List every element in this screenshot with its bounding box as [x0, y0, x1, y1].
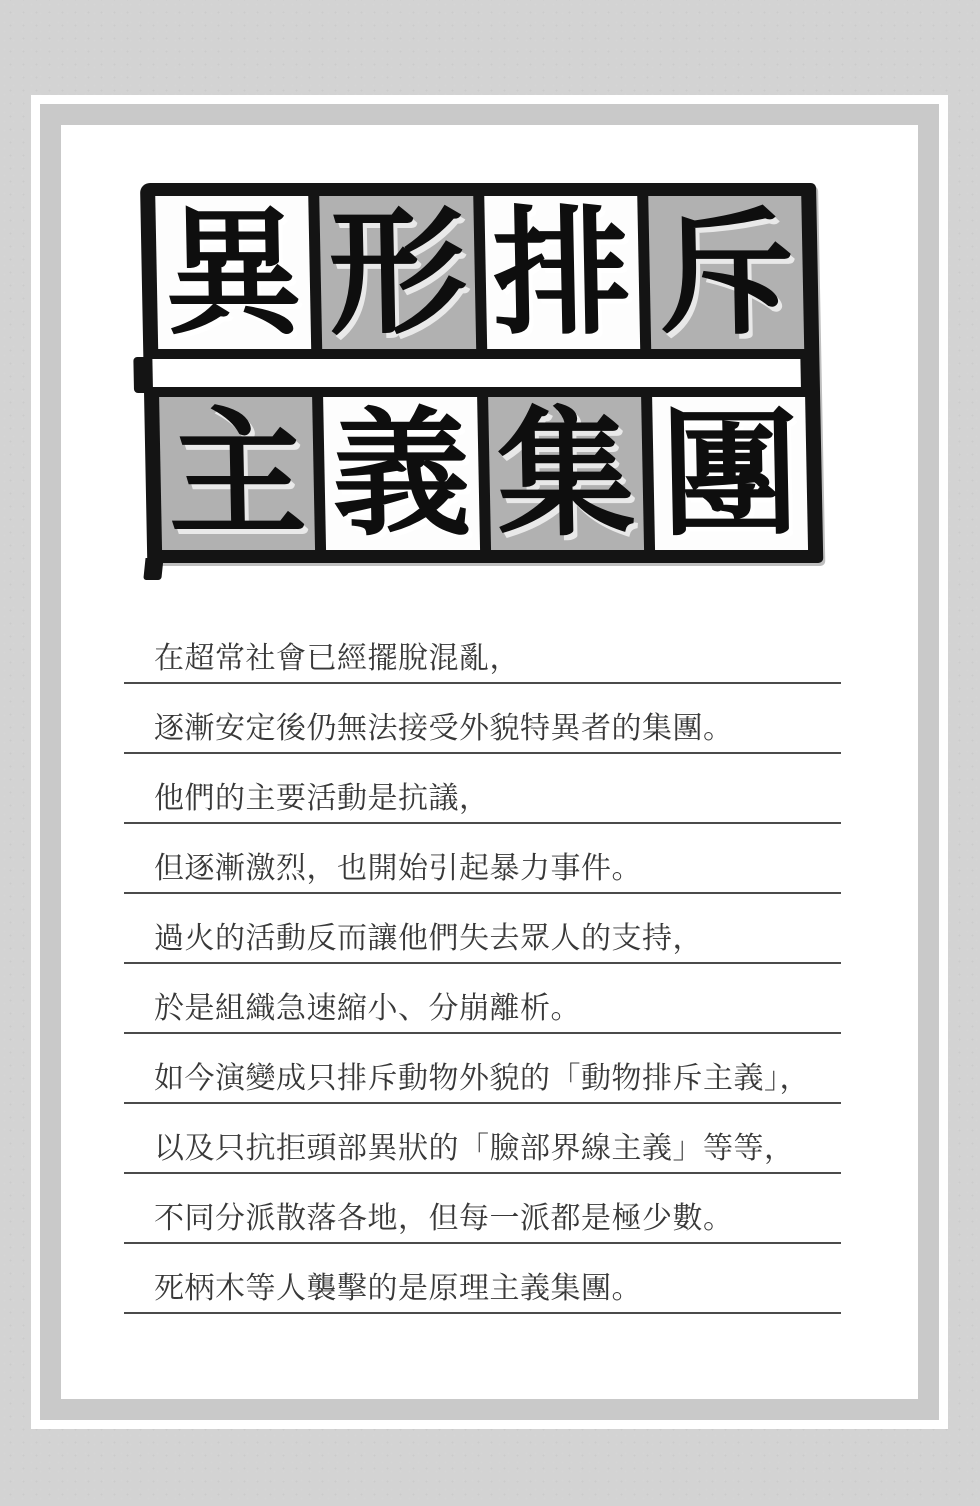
title-character: 集 [495, 405, 636, 543]
description-line: 於是組織急速縮小、分崩離析。 [124, 964, 841, 1034]
description-text: 不同分派散落各地，但每一派都是極少數。 [154, 1202, 734, 1235]
title-character: 斥 [656, 204, 797, 342]
description-line: 但逐漸激烈，也開始引起暴力事件。 [124, 824, 841, 894]
description-text: 但逐漸激烈，也開始引起暴力事件。 [154, 852, 642, 885]
title-block: 異 形 排 斥 主 義 集 團 [140, 183, 823, 563]
title-cell: 排 [484, 196, 640, 349]
title-cell: 團 [652, 397, 808, 550]
title-row-top: 異 形 排 斥 [155, 196, 804, 349]
bottom-tab-decoration [143, 558, 163, 580]
title-cell: 斥 [648, 196, 804, 349]
title-cell: 異 [155, 196, 311, 349]
left-tab-decoration [133, 357, 152, 393]
description-text: 死柄木等人襲擊的是原理主義集團。 [154, 1272, 642, 1305]
title-character: 團 [660, 405, 801, 543]
description-line: 過火的活動反而讓他們失去眾人的支持， [124, 894, 841, 964]
description-line: 如今演變成只排斥動物外貌的「動物排斥主義」， [124, 1034, 841, 1104]
description-text: 逐漸安定後仍無法接受外貌特異者的集團。 [154, 712, 734, 745]
page-frame-band: 異 形 排 斥 主 義 集 團 在超常社會已經擺脫混亂， 逐漸安定後仍無法接 [40, 104, 939, 1420]
description-list: 在超常社會已經擺脫混亂， 逐漸安定後仍無法接受外貌特異者的集團。 他們的主要活動… [124, 614, 841, 1314]
title-divider-bar [152, 359, 801, 387]
description-line: 以及只抗拒頭部異狀的「臉部界線主義」等等， [124, 1104, 841, 1174]
description-line: 不同分派散落各地，但每一派都是極少數。 [124, 1174, 841, 1244]
title-character: 形 [327, 204, 468, 342]
title-character: 異 [163, 204, 304, 342]
title-cell: 主 [159, 397, 315, 550]
scanned-manga-page: 異 形 排 斥 主 義 集 團 在超常社會已經擺脫混亂， 逐漸安定後仍無法接 [0, 0, 980, 1506]
description-text: 以及只抗拒頭部異狀的「臉部界線主義」等等， [154, 1132, 795, 1165]
description-text: 如今演變成只排斥動物外貌的「動物排斥主義」， [154, 1062, 810, 1095]
title-character: 主 [167, 405, 308, 543]
page-content: 異 形 排 斥 主 義 集 團 在超常社會已經擺脫混亂， 逐漸安定後仍無法接 [61, 125, 918, 1399]
description-text: 過火的活動反而讓他們失去眾人的支持， [154, 922, 703, 955]
title-character: 義 [331, 405, 472, 543]
description-text: 在超常社會已經擺脫混亂， [154, 642, 520, 675]
description-line: 死柄木等人襲擊的是原理主義集團。 [124, 1244, 841, 1314]
description-line: 逐漸安定後仍無法接受外貌特異者的集團。 [124, 684, 841, 754]
title-cell: 義 [323, 397, 479, 550]
title-cell: 集 [488, 397, 644, 550]
description-line: 在超常社會已經擺脫混亂， [124, 614, 841, 684]
title-cell: 形 [319, 196, 475, 349]
description-text: 他們的主要活動是抗議， [154, 782, 490, 815]
title-row-bottom: 主 義 集 團 [159, 397, 808, 550]
page-outer-frame: 異 形 排 斥 主 義 集 團 在超常社會已經擺脫混亂， 逐漸安定後仍無法接 [31, 95, 948, 1429]
title-character: 排 [492, 204, 633, 342]
description-line: 他們的主要活動是抗議， [124, 754, 841, 824]
description-text: 於是組織急速縮小、分崩離析。 [154, 992, 581, 1025]
